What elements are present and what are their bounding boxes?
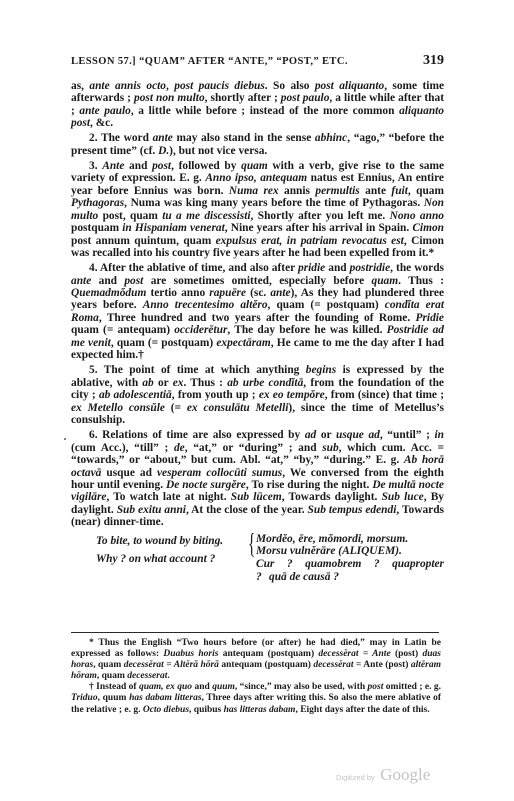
watermark-prefix: Digitized by xyxy=(336,773,375,782)
google-logo: Google xyxy=(380,765,430,784)
watermark: Digitized by Google xyxy=(336,765,430,785)
vocab-english: To bite, to wound by biting. xyxy=(96,535,223,548)
paragraph: 6. Relations of time are also expressed … xyxy=(71,429,444,529)
brace-icon: { xyxy=(248,531,255,559)
footnotes: * Thus the English “Two hours before (or… xyxy=(71,638,441,716)
vocab-latin: Mordĕo, ēre, mŏmordi, morsum. xyxy=(256,533,408,546)
paragraph: as, ante annis octo, post paucis diebus.… xyxy=(71,80,444,130)
footnote: * Thus the English “Two hours before (or… xyxy=(71,638,441,682)
footnote-rule xyxy=(71,632,439,633)
body-text: as, ante annis octo, post paucis diebus.… xyxy=(71,80,444,591)
paragraph: 3. Ante and post, followed by quam with … xyxy=(71,160,444,260)
scan-speck xyxy=(64,438,66,440)
paragraph: 5. The point of time at which anything b… xyxy=(71,364,444,426)
running-title: LESSON 57.] “QUAM” AFTER “ANTE,” “POST,”… xyxy=(71,56,348,67)
paragraph: 2. The word ante may also stand in the s… xyxy=(71,132,444,157)
footnote: † Instead of quam, ex quo and quum, “sin… xyxy=(71,682,441,715)
vocabulary-block: To bite, to wound by biting. Why ? on wh… xyxy=(71,533,444,591)
vocab-latin: quā de causā ? xyxy=(269,571,339,584)
vocab-latin: Morsu vulnĕrāre (ALIQUEM). xyxy=(256,545,402,558)
book-page: LESSON 57.] “QUAM” AFTER “ANTE,” “POST,”… xyxy=(71,52,444,591)
paragraph: 4. After the ablative of time, and also … xyxy=(71,262,444,362)
page-number: 319 xyxy=(423,53,444,69)
running-header: LESSON 57.] “QUAM” AFTER “ANTE,” “POST,”… xyxy=(71,52,444,72)
vocab-english: Why ? on what account ? xyxy=(96,553,215,566)
